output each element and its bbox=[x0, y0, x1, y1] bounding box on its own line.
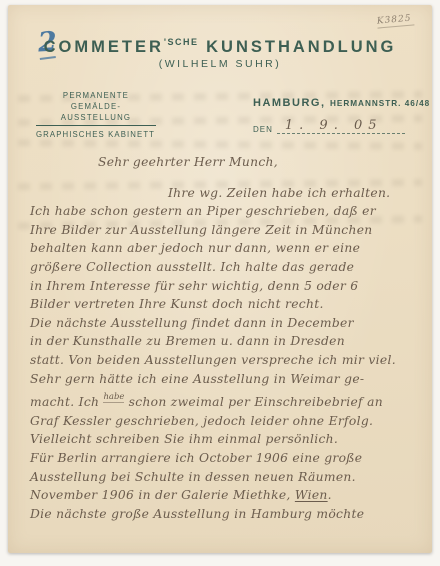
letterhead-right-block: HAMBURG, HERMANNSTR. 46/48 DEN 1. 9. 05 bbox=[253, 93, 430, 134]
letter-line-with-insertion: macht. Ich habe schon zweimal per Einsch… bbox=[30, 388, 418, 412]
catalog-number-annotation: K3825 bbox=[377, 13, 415, 28]
scanned-letter: 2 K3825 COMMETER'SCHE KUNSTHANDLUNG (WIL… bbox=[0, 0, 440, 566]
letter-body: Sehr geehrter Herr Munch, Ihre wg. Zeile… bbox=[30, 153, 418, 523]
letterhead-permanente: PERMANENTE bbox=[36, 90, 156, 101]
letterhead-city: HAMBURG, bbox=[253, 97, 326, 109]
wien-line-after: . bbox=[328, 488, 332, 502]
inserted-word: habe bbox=[103, 392, 124, 403]
letterhead-gemaelde: GEMÄLDE-AUSSTELLUNG bbox=[36, 101, 156, 123]
letter-line: Vielleicht schreiben Sie ihm einmal pers… bbox=[30, 430, 418, 449]
letter-line: Die nächste Ausstellung findet dann in D… bbox=[30, 314, 418, 333]
letter-line: Für Berlin arrangiere ich October 1906 e… bbox=[30, 449, 418, 468]
salutation: Sehr geehrter Herr Munch, bbox=[30, 153, 418, 172]
handwritten-date: 1. 9. 05 bbox=[277, 119, 405, 134]
letter-line: Ausstellung bei Schulte in dessen neuen … bbox=[30, 468, 418, 487]
letter-line: Sehr gern hätte ich eine Ausstellung in … bbox=[30, 370, 418, 389]
letterhead-street: HERMANNSTR. 46/48 bbox=[330, 99, 430, 108]
letter-line: Ich habe schon gestern an Piper geschrie… bbox=[30, 202, 418, 221]
company-name-rest: KUNSTHANDLUNG bbox=[206, 38, 396, 56]
letter-line: Bilder vertreten Ihre Kunst doch nicht r… bbox=[30, 295, 418, 314]
letter-line: Die nächste große Ausstellung in Hamburg… bbox=[30, 505, 418, 524]
opening-line: Ihre wg. Zeilen habe ich erhalten. bbox=[30, 184, 418, 203]
letterhead-divider bbox=[36, 125, 156, 126]
letter-paper: 2 K3825 COMMETER'SCHE KUNSTHANDLUNG (WIL… bbox=[8, 5, 432, 553]
company-subtitle: (WILHELM SUHR) bbox=[8, 58, 432, 70]
underlined-wien: Wien bbox=[295, 488, 328, 502]
wien-line-before: November 1906 in der Galerie Miethke, bbox=[30, 488, 295, 502]
letter-line: in der Kunsthalle zu Bremen u. dann in D… bbox=[30, 332, 418, 351]
letter-line: größere Collection ausstellt. Ich halte … bbox=[30, 258, 418, 277]
letterhead-left-block: PERMANENTE GEMÄLDE-AUSSTELLUNG GRAPHISCH… bbox=[36, 90, 156, 140]
letter-line: Graf Kessler geschrieben, jedoch leider … bbox=[30, 412, 418, 431]
date-label: DEN bbox=[253, 125, 273, 134]
insert-line-before: macht. Ich bbox=[30, 395, 103, 409]
insert-line-after: schon zweimal per Einschreibebrief an bbox=[124, 395, 383, 409]
company-name-main: COMMETER bbox=[44, 38, 164, 56]
letter-line-with-underline: November 1906 in der Galerie Miethke, Wi… bbox=[30, 486, 418, 505]
letter-line: Ihre Bilder zur Ausstellung längere Zeit… bbox=[30, 221, 418, 240]
letterhead-kabinett: GRAPHISCHES KABINETT bbox=[36, 129, 156, 140]
show-through-ghost bbox=[18, 139, 422, 150]
company-name: COMMETER'SCHE KUNSTHANDLUNG bbox=[8, 37, 432, 57]
letter-line: statt. Von beiden Ausstellungen versprec… bbox=[30, 351, 418, 370]
letter-line: in Ihrem Interesse für sehr wichtig, den… bbox=[30, 277, 418, 296]
letter-line: behalten kann aber jedoch nur dann, wenn… bbox=[30, 239, 418, 258]
company-name-suffix: 'SCHE bbox=[164, 37, 199, 47]
